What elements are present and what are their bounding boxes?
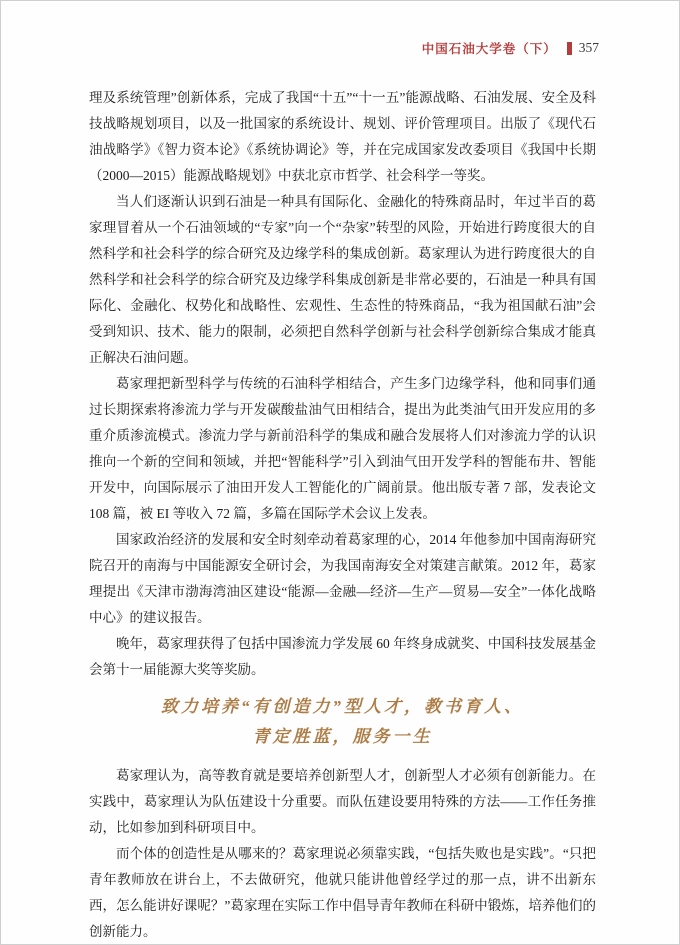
running-header-title: 中国石油大学卷（下）	[422, 39, 557, 57]
book-page: 中国石油大学卷（下） 357 理及系统管理”创新体系，完成了我国“十五”“十一五…	[0, 0, 680, 945]
paragraph: 葛家理把新型科学与传统的石油科学相结合，产生多门边缘学科，他和同事们通过长期探索…	[89, 371, 596, 527]
paragraph: 而个体的创造性是从哪来的？葛家理说必须靠实践，“包括失败也是实践”。“只把青年教…	[89, 841, 596, 945]
section-heading-line2: 青定胜蓝，服务一生	[89, 722, 596, 752]
paragraph: 晚年，葛家理获得了包括中国渗流力学发展 60 年终身成就奖、中国科技发展基金会第…	[89, 631, 596, 683]
paragraph-continuation: 理及系统管理”创新体系，完成了我国“十五”“十一五”能源战略、石油发展、安全及科…	[89, 85, 596, 189]
paragraph: 国家政治经济的发展和安全时刻牵动着葛家理的心，2014 年他参加中国南海研究院召…	[89, 527, 596, 631]
paragraph: 当人们逐渐认识到石油是一种具有国际化、金融化的特殊商品时，年过半百的葛家理冒着从…	[89, 189, 596, 371]
section-heading-line1: 致力培养“有创造力”型人才，教书育人、	[89, 692, 596, 722]
header-divider-bar	[567, 42, 572, 55]
page-body: 理及系统管理”创新体系，完成了我国“十五”“十一五”能源战略、石油发展、安全及科…	[89, 85, 596, 945]
page-number: 357	[579, 40, 599, 56]
running-header: 中国石油大学卷（下） 357	[422, 39, 599, 57]
paragraph: 葛家理认为，高等教育就是要培养创新型人才，创新型人才必须有创新能力。在实践中，葛…	[89, 763, 596, 841]
section-heading: 致力培养“有创造力”型人才，教书育人、 青定胜蓝，服务一生	[89, 692, 596, 752]
